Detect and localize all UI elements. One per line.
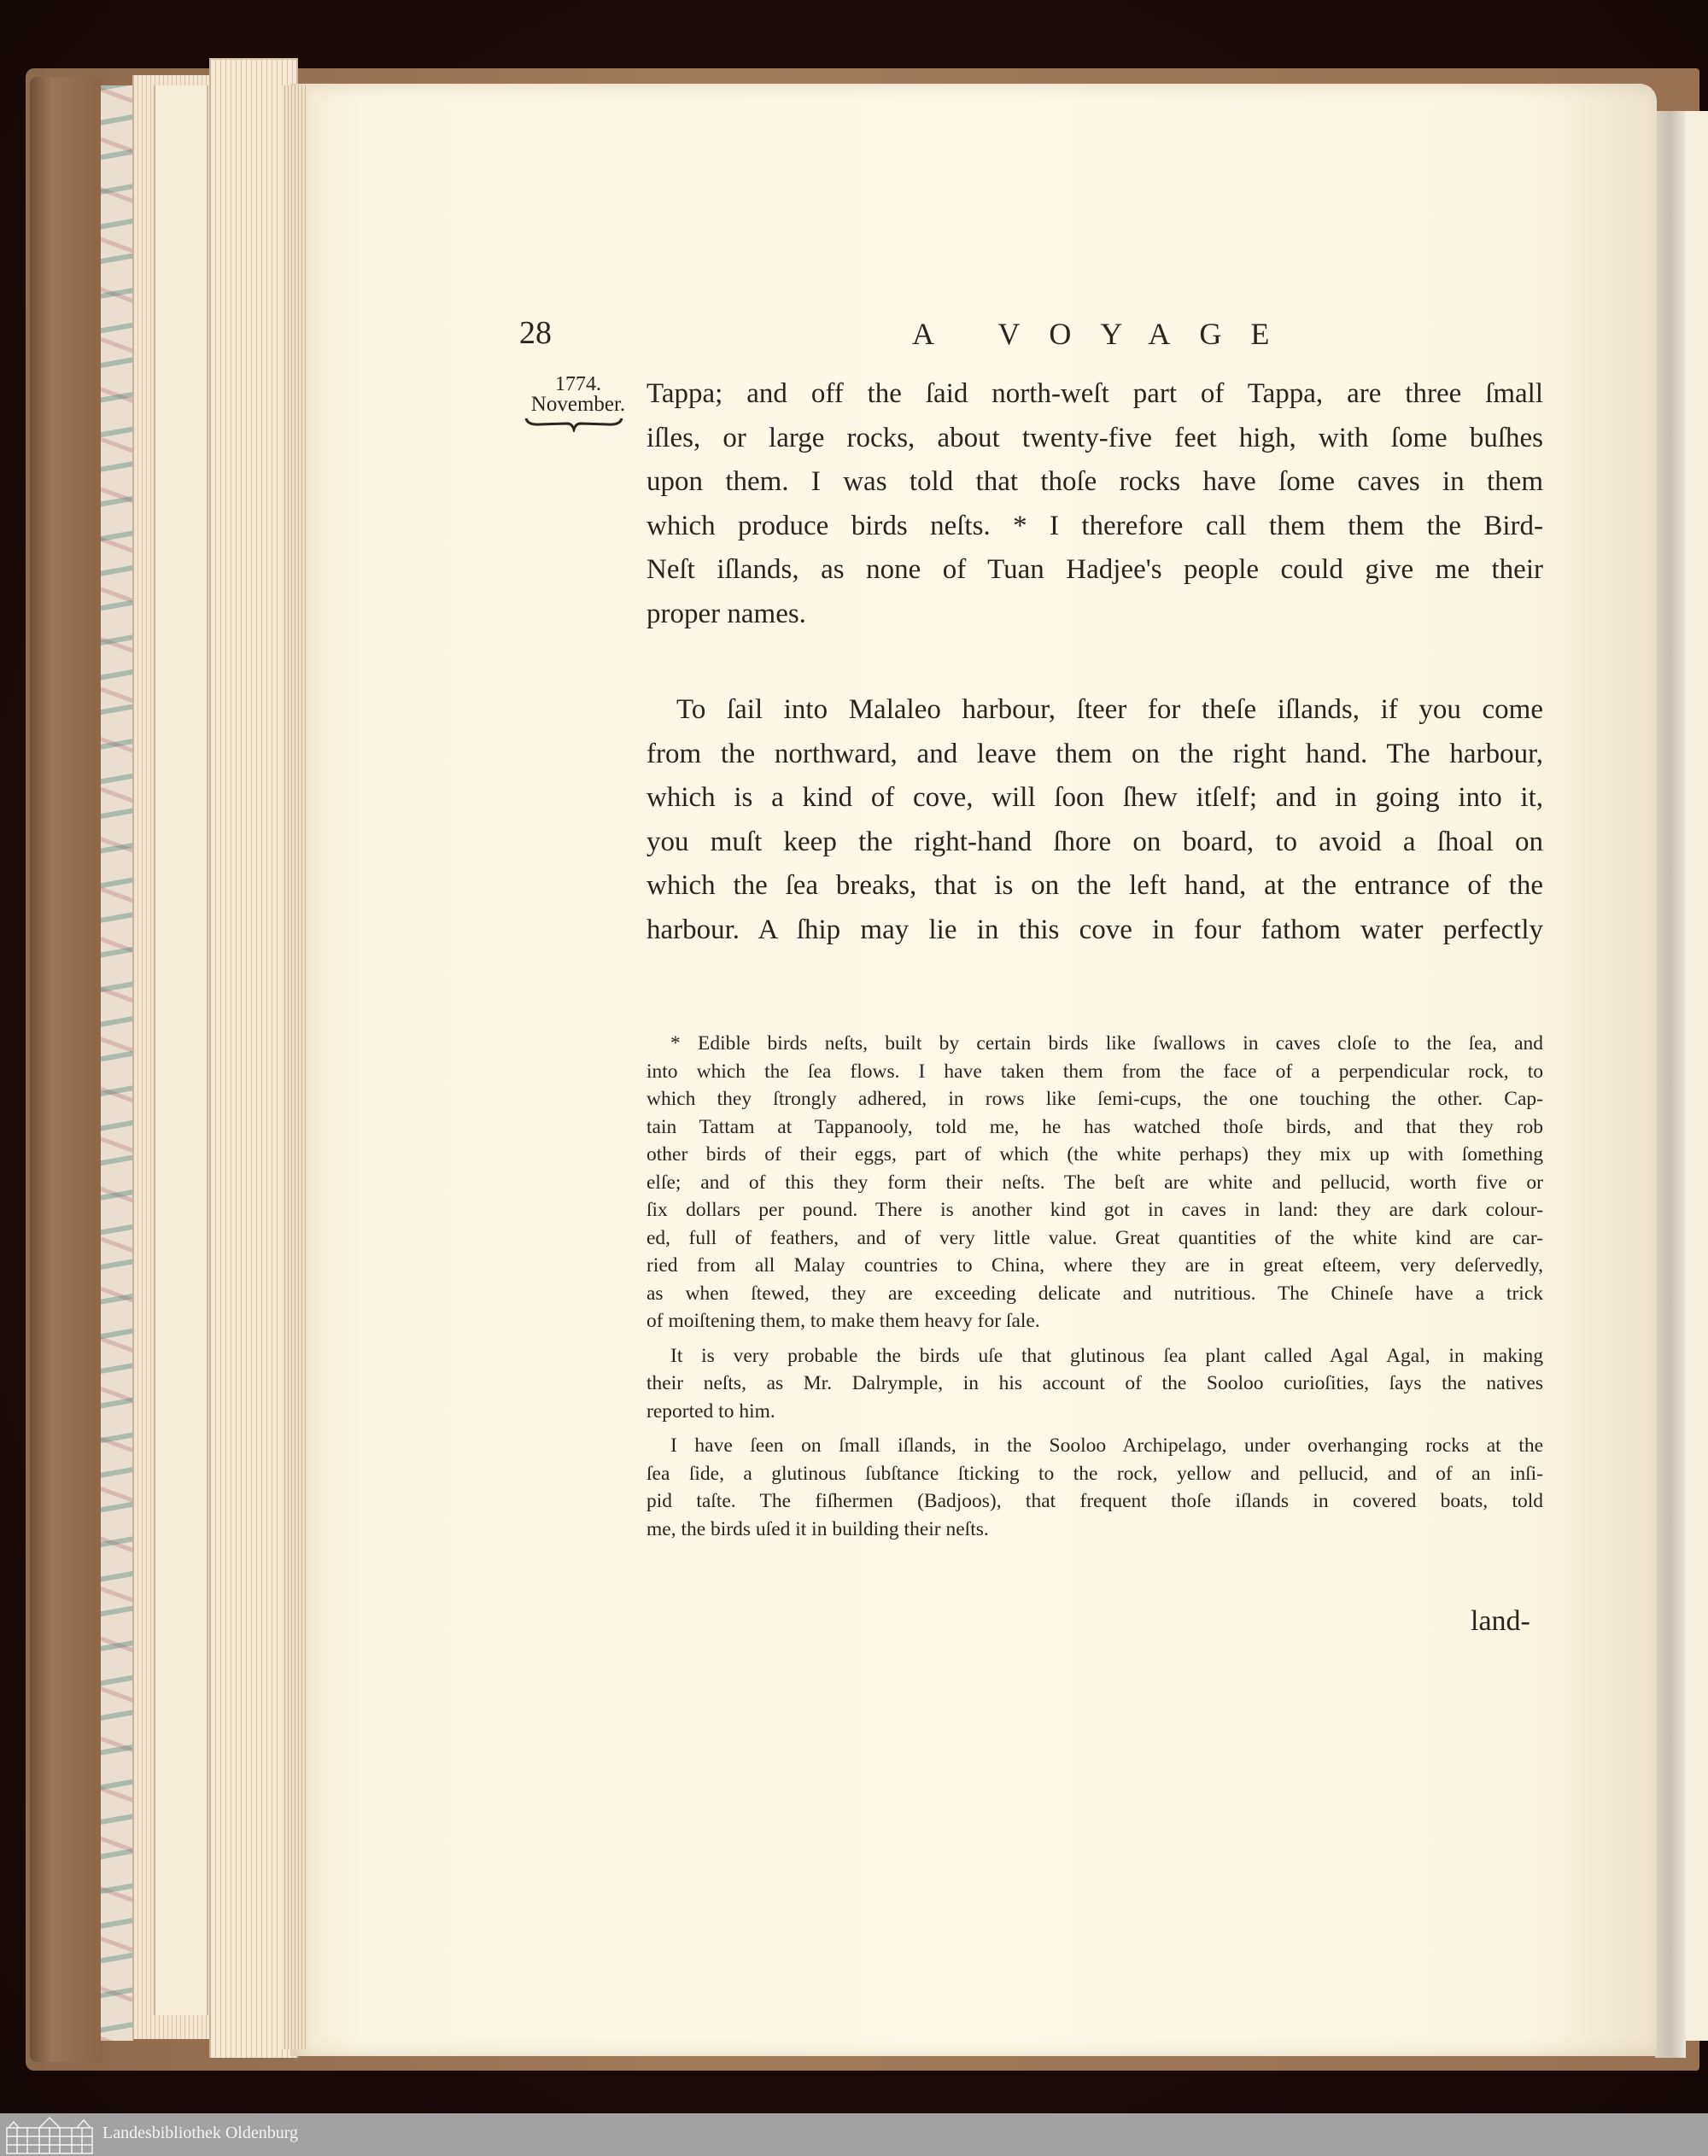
footnote-line: into which the ſea flows. I have taken t… [646,1058,1543,1086]
margin-note-year: 1774. [523,374,634,394]
footnote-line: other birds of their eggs, part of which… [646,1141,1543,1169]
footnote-line: ried from all Malay countries to China, … [646,1252,1543,1280]
page-fold-shadow [1655,111,1686,2058]
footnote-line: reported to him. [646,1398,1543,1426]
text-line: upon them. I was told that thoſe rocks h… [646,460,1543,505]
text-line: from the northward, and leave them on th… [646,733,1543,777]
brace-icon [523,417,625,432]
catchword: land- [1471,1605,1530,1638]
marbled-endpaper [101,85,133,2041]
text-line: proper names. [646,593,1543,637]
footnote-line: of moiſtening them, to make them heavy f… [646,1307,1543,1335]
page-gutter [282,85,307,2049]
running-head: 28 A VOYAGE [519,314,1553,357]
footnote-line: their neſts, as Mr. Dalrymple, in his ac… [646,1370,1543,1398]
running-head-title: A VOYAGE [912,316,1298,352]
margin-note: 1774. November. [523,374,634,432]
text-line: Tappa; and off the ſaid north-weſt part … [646,372,1543,417]
footnote-line: ed, full of feathers, and of very little… [646,1224,1543,1253]
text-line: you muſt keep the right-hand ſhore on bo… [646,821,1543,865]
text-line: Neſt iſlands, as none of Tuan Hadjee's p… [646,548,1543,593]
footnote-line: tain Tattam at Tappanooly, told me, he h… [646,1113,1543,1142]
next-page-edge [1684,111,1708,2041]
paragraph-2: To ſail into Malaleo harbour, ſteer for … [646,688,1543,952]
margin-note-month: November. [523,394,634,415]
footnote-line: ſix dollars per pound. There is another … [646,1196,1543,1224]
text-line: which produce birds neſts. * I therefore… [646,505,1543,549]
text-line: harbour. A ſhip may lie in this cove in … [646,909,1543,953]
footnote-line: ſea ſide, a glutinous ſubſtance ſticking… [646,1460,1543,1488]
text-line: iſles, or large rocks, about twenty-five… [646,417,1543,461]
footnote-line: I have ſeen on ſmall iſlands, in the Soo… [646,1432,1543,1460]
paragraph-1: Tappa; and off the ſaid north-weſt part … [646,372,1543,636]
footnote-line: me, the birds uſed it in building their … [646,1516,1543,1544]
book-cover-spine-edge [30,77,102,2062]
footnotes: * Edible birds neſts, built by certain b… [646,1030,1543,1543]
footnote-line: as when ſtewed, they are exceeding delic… [646,1280,1543,1308]
footnote-line: elſe; and of this they form their neſts.… [646,1169,1543,1197]
flyleaf [154,85,208,2015]
library-building-icon [5,2116,94,2155]
footnote-line: * Edible birds neſts, built by certain b… [646,1030,1543,1058]
footnote-line: pid taſte. The fiſhermen (Badjoos), that… [646,1487,1543,1516]
text-line: which the ſea breaks, that is on the lef… [646,864,1543,909]
footnote-line: It is very probable the birds uſe that g… [646,1342,1543,1370]
text-line: which is a kind of cove, will ſoon ſhew … [646,776,1543,821]
footnote-line: which they ſtrongly adhered, in rows lik… [646,1085,1543,1113]
text-line: To ſail into Malaleo harbour, ſteer for … [646,688,1543,733]
footer-institution-name: Landesbibliothek Oldenburg [102,2124,298,2143]
page-number: 28 [519,314,552,352]
